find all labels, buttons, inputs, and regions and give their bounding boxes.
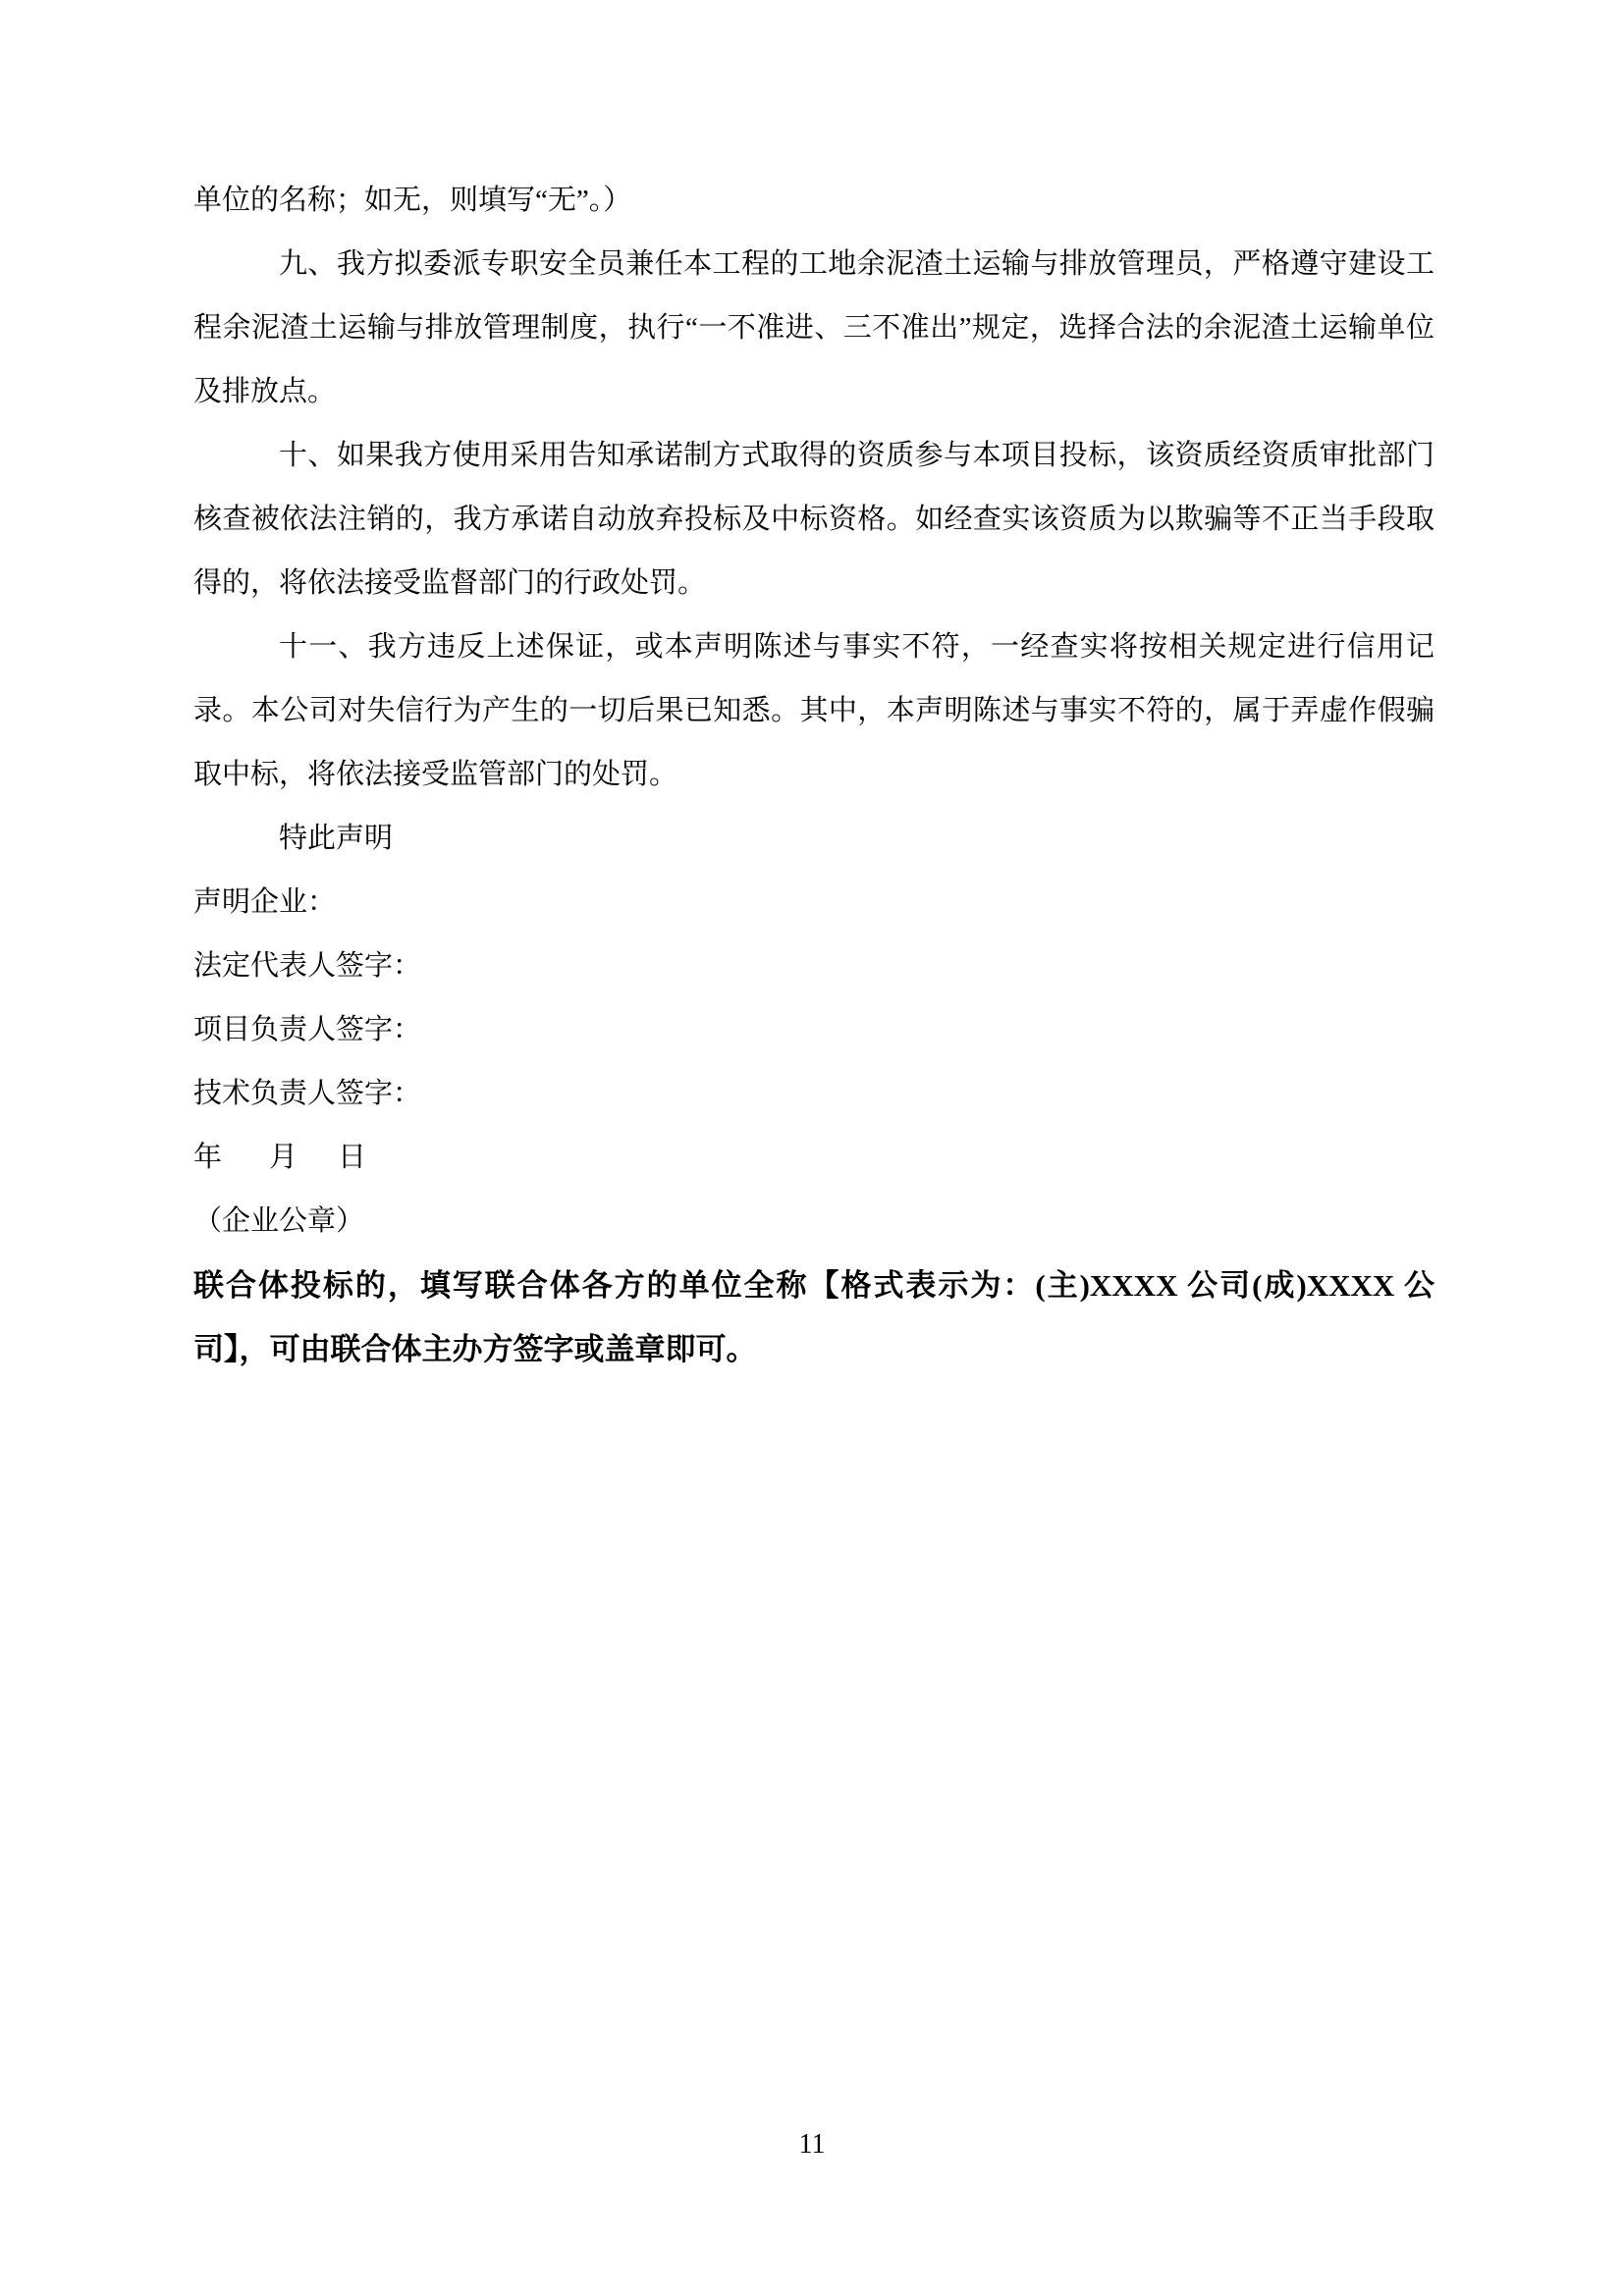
document-page: 单位的名称；如无，则填写“无”。） 九、我方拟委派专职安全员兼任本工程的工地余泥… bbox=[0, 0, 1624, 2296]
closing-statement: 特此声明 bbox=[193, 807, 1435, 871]
clause-nine: 九、我方拟委派专职安全员兼任本工程的工地余泥渣土运输与排放管理员，严格遵守建设工… bbox=[193, 233, 1435, 424]
page-number: 11 bbox=[0, 2128, 1624, 2162]
clause-eleven: 十一、我方违反上述保证，或本声明陈述与事实不符，一经查实将按相关规定进行信用记录… bbox=[193, 615, 1435, 807]
label-declaring-enterprise: 声明企业： bbox=[193, 871, 1435, 934]
document-body: 单位的名称；如无，则填写“无”。） 九、我方拟委派专职安全员兼任本工程的工地余泥… bbox=[193, 169, 1435, 1381]
label-project-leader-signature: 项目负责人签字： bbox=[193, 998, 1435, 1062]
year-label: 年 bbox=[193, 1142, 222, 1173]
clause-ten: 十、如果我方使用采用告知承诺制方式取得的资质参与本项目投标，该资质经资质审批部门… bbox=[193, 424, 1435, 615]
day-label: 日 bbox=[338, 1142, 366, 1173]
label-technical-leader-signature: 技术负责人签字： bbox=[193, 1062, 1435, 1126]
month-label: 月 bbox=[269, 1142, 298, 1173]
date-line: 年月日 bbox=[193, 1126, 1435, 1190]
joint-venture-note: 联合体投标的，填写联合体各方的单位全称【格式表示为：(主)XXXX 公司(成)X… bbox=[193, 1254, 1435, 1381]
paragraph-continuation: 单位的名称；如无，则填写“无”。） bbox=[193, 169, 1435, 233]
company-seal-note: （企业公章） bbox=[193, 1190, 1435, 1254]
label-legal-representative-signature: 法定代表人签字： bbox=[193, 934, 1435, 998]
